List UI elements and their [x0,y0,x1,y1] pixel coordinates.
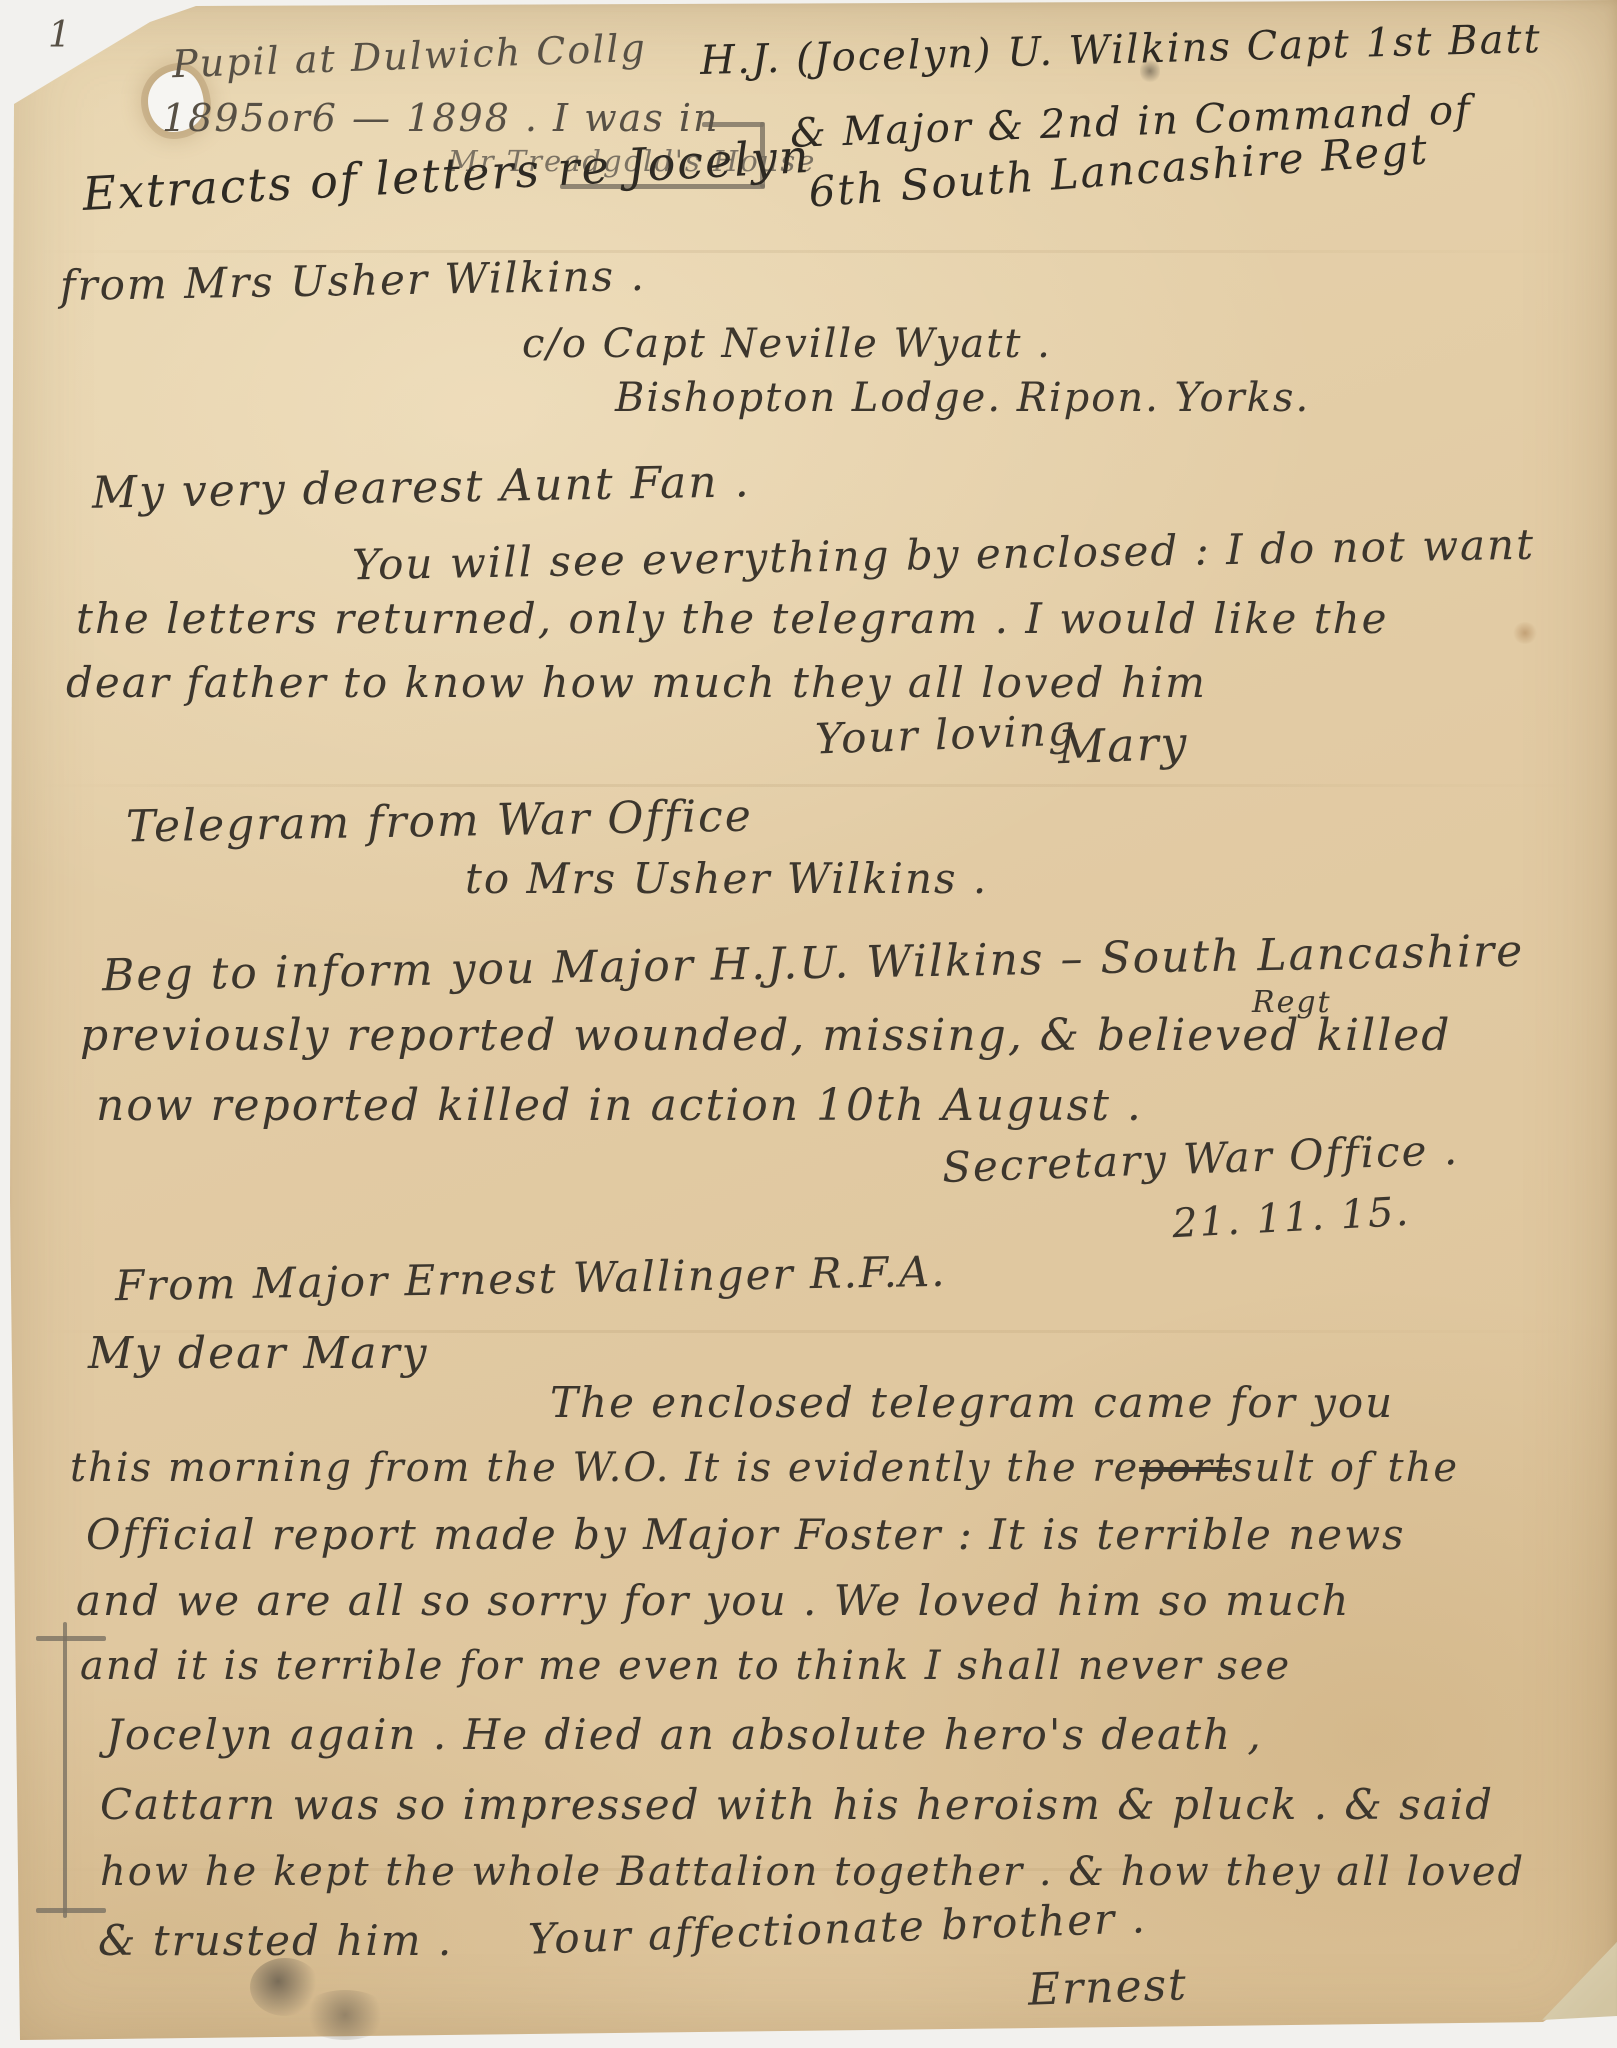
header-years-note: 1895or6 — 1898 . I was in [162,98,720,140]
letter2-body-line: Jocelyn again . He died an absolute hero… [106,1712,1263,1758]
margin-mark-bottom-tick [36,1908,106,1913]
margin-mark-top-tick [36,1636,106,1641]
letter2-signature: Ernest [1027,1961,1188,2015]
paper-crease [0,250,1617,253]
letter1-closing: Your loving [814,707,1077,762]
letter2-struck-word: port [1139,1445,1232,1491]
letter2-body-line: Official report made by Major Foster : I… [86,1512,1406,1558]
letter2-body-line: and we are all so sorry for you . We lov… [76,1578,1350,1624]
letter2-body-line: how he kept the whole Battalion together… [100,1850,1525,1894]
telegram-body-line: now reported killed in action 10th Augus… [96,1082,1143,1130]
letter2-body-line: Cattarn was so impressed with his herois… [100,1782,1494,1828]
ink-smudge [300,1990,390,2040]
stain-spot [1512,622,1538,644]
letter1-body-line: dear father to know how much they all lo… [66,660,1207,706]
letter1-signature: Mary [1057,718,1189,773]
margin-mark-line [63,1622,67,1918]
telegram-body-line: previously reported wounded, missing, & … [80,1012,1451,1060]
letter2-body-line-corrected: this morning from the W.O. It is evident… [70,1446,1459,1490]
telegram-addressee: to Mrs Usher Wilkins . [465,856,988,902]
letter2-body-line: & trusted him . [98,1918,453,1964]
page-number: 1 [48,16,73,56]
letter1-care-of: c/o Capt Neville Wyatt . [522,322,1052,366]
letter2-body-line: and it is terrible for me even to think … [80,1644,1291,1688]
letter2-correction-post: sult of the [1232,1445,1459,1491]
letter1-from: from Mrs Usher Wilkins . [60,253,647,309]
letter2-salutation: My dear Mary [88,1330,429,1378]
paper-crease [0,784,1617,787]
letter1-body-line: the letters returned, only the telegram … [76,596,1389,642]
letter-scan: 1 Pupil at Dulwich Collg H.J. (Jocelyn) … [0,0,1617,2048]
telegram-regt-superscript: Regt [1252,986,1332,1019]
letter2-opening: The enclosed telegram came for you [550,1380,1394,1426]
letter2-correction-pre: this morning from the W.O. It is evident… [70,1445,1139,1491]
letter1-address: Bishopton Lodge. Ripon. Yorks. [615,376,1310,420]
telegram-heading: Telegram from War Office [126,793,754,852]
